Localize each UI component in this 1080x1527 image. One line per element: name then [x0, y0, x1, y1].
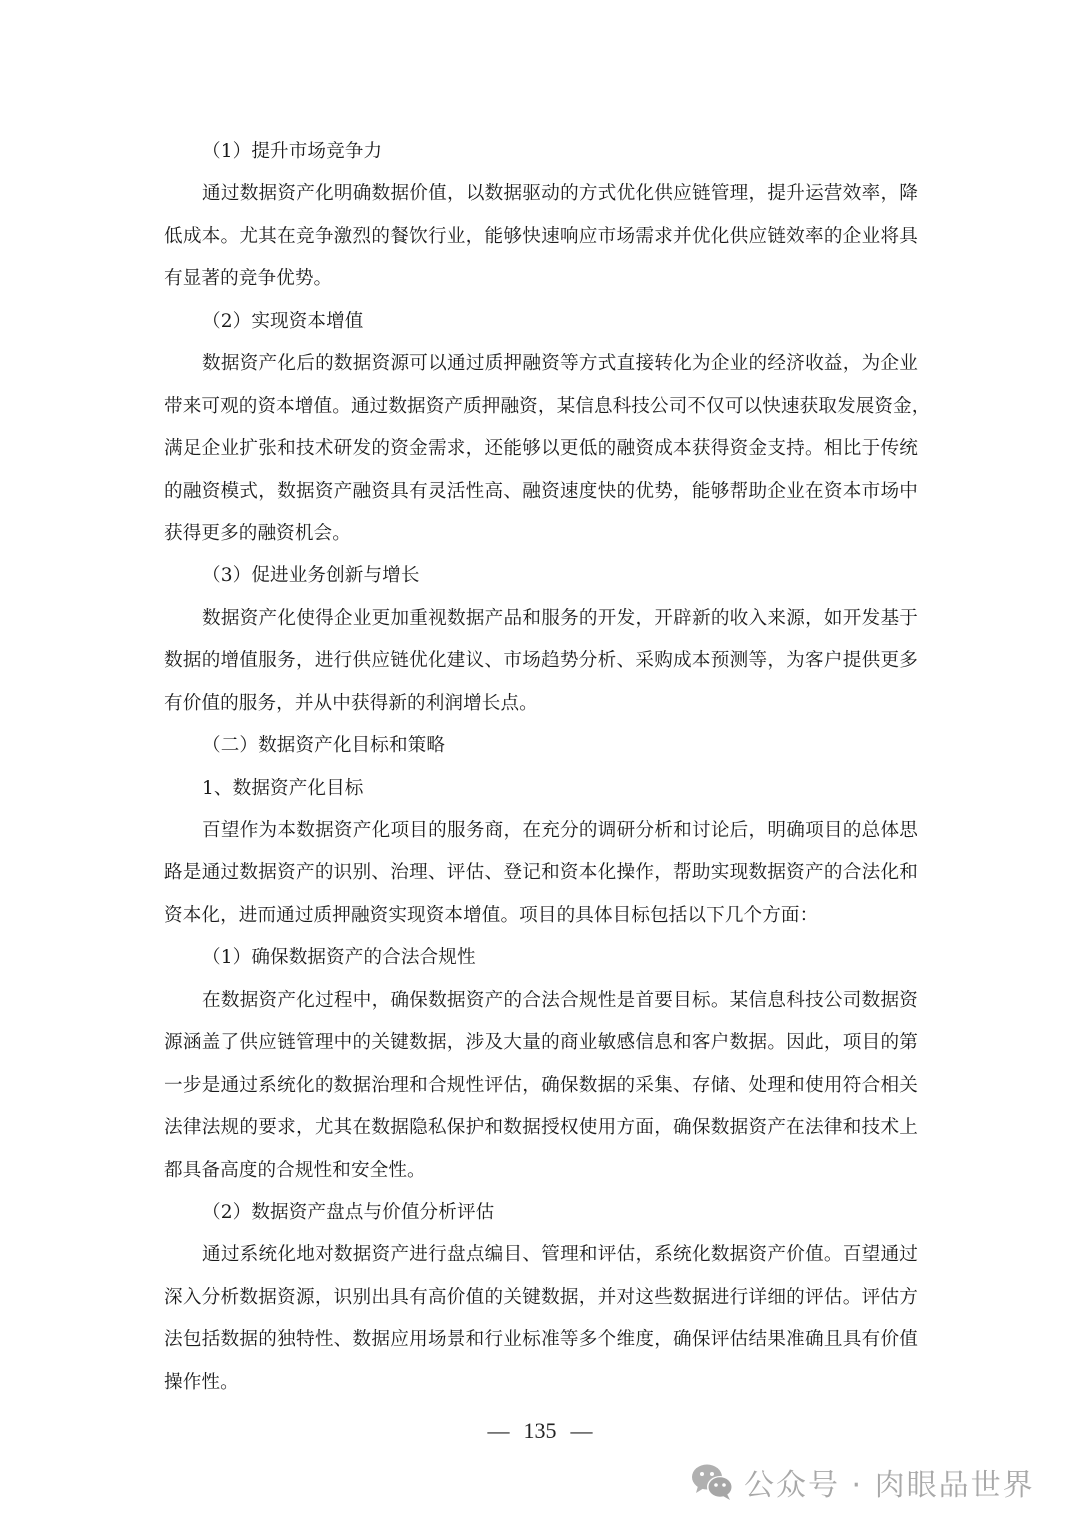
page-number-dash-right: — [571, 1418, 593, 1444]
paragraph-line: 低成本。尤其在竞争激烈的餐饮行业，能够快速响应市场需求并优化供应链效率的企业将具 [164, 223, 918, 265]
section-heading: （3）促进业务创新与增长 [164, 562, 918, 604]
subsection-heading: 1、数据资产化目标 [164, 775, 918, 817]
watermark: 公众号 · 肉眼品世界 [690, 1458, 1035, 1506]
section-heading: （1）提升市场竞争力 [164, 138, 918, 180]
paragraph-line: 通过数据资产化明确数据价值，以数据驱动的方式优化供应链管理，提升运营效率，降 [164, 180, 918, 222]
paragraph-line: 数据的增值服务，进行供应链优化建议、市场趋势分析、采购成本预测等，为客户提供更多 [164, 647, 918, 689]
paragraph-line: 深入分析数据资源，识别出具有高价值的关键数据，并对这些数据进行详细的评估。评估方 [164, 1284, 918, 1326]
wechat-icon [690, 1462, 736, 1502]
watermark-text: 公众号 · 肉眼品世界 [744, 1460, 1035, 1504]
paragraph-line: 法包括数据的独特性、数据应用场景和行业标准等多个维度，确保评估结果准确且具有价值 [164, 1326, 918, 1368]
paragraph-line: 通过系统化地对数据资产进行盘点编目、管理和评估，系统化数据资产价值。百望通过 [164, 1241, 918, 1283]
paragraph-line: 操作性。 [164, 1369, 918, 1411]
paragraph-line: 百望作为本数据资产化项目的服务商，在充分的调研分析和讨论后，明确项目的总体思 [164, 817, 918, 859]
paragraph-line: 源涵盖了供应链管理中的关键数据，涉及大量的商业敏感信息和客户数据。因此，项目的第 [164, 1029, 918, 1071]
paragraph-line: 在数据资产化过程中，确保数据资产的合法合规性是首要目标。某信息科技公司数据资 [164, 987, 918, 1029]
page-number-value: 135 [524, 1418, 557, 1443]
paragraph-line: 路是通过数据资产的识别、治理、评估、登记和资本化操作，帮助实现数据资产的合法化和 [164, 859, 918, 901]
paragraph-line: 数据资产化后的数据资源可以通过质押融资等方式直接转化为企业的经济收益，为企业 [164, 350, 918, 392]
paragraph-line: 一步是通过系统化的数据治理和合规性评估，确保数据的采集、存储、处理和使用符合相关 [164, 1072, 918, 1114]
paragraph-line: 带来可观的资本增值。通过数据资产质押融资，某信息科技公司不仅可以快速获取发展资金… [164, 393, 918, 435]
chapter-heading: （二）数据资产化目标和策略 [164, 732, 918, 774]
document-body: （1）提升市场竞争力 通过数据资产化明确数据价值，以数据驱动的方式优化供应链管理… [164, 138, 918, 1411]
document-page: （1）提升市场竞争力 通过数据资产化明确数据价值，以数据驱动的方式优化供应链管理… [0, 0, 1080, 1527]
paragraph-line: 资本化，进而通过质押融资实现资本增值。项目的具体目标包括以下几个方面： [164, 902, 918, 944]
page-number: —135— [0, 1418, 1080, 1444]
section-heading: （2）实现资本增值 [164, 308, 918, 350]
paragraph-line: 满足企业扩张和技术研发的资金需求，还能够以更低的融资成本获得资金支持。相比于传统 [164, 435, 918, 477]
section-heading: （1）确保数据资产的合法合规性 [164, 944, 918, 986]
page-number-dash-left: — [488, 1418, 510, 1444]
paragraph-line: 数据资产化使得企业更加重视数据产品和服务的开发，开辟新的收入来源，如开发基于 [164, 605, 918, 647]
paragraph-line: 法律法规的要求，尤其在数据隐私保护和数据授权使用方面，确保数据资产在法律和技术上 [164, 1114, 918, 1156]
paragraph-line: 有价值的服务，并从中获得新的利润增长点。 [164, 690, 918, 732]
paragraph-line: 的融资模式，数据资产融资具有灵活性高、融资速度快的优势，能够帮助企业在资本市场中 [164, 478, 918, 520]
paragraph-line: 获得更多的融资机会。 [164, 520, 918, 562]
paragraph-line: 都具备高度的合规性和安全性。 [164, 1157, 918, 1199]
section-heading: （2）数据资产盘点与价值分析评估 [164, 1199, 918, 1241]
paragraph-line: 有显著的竞争优势。 [164, 265, 918, 307]
